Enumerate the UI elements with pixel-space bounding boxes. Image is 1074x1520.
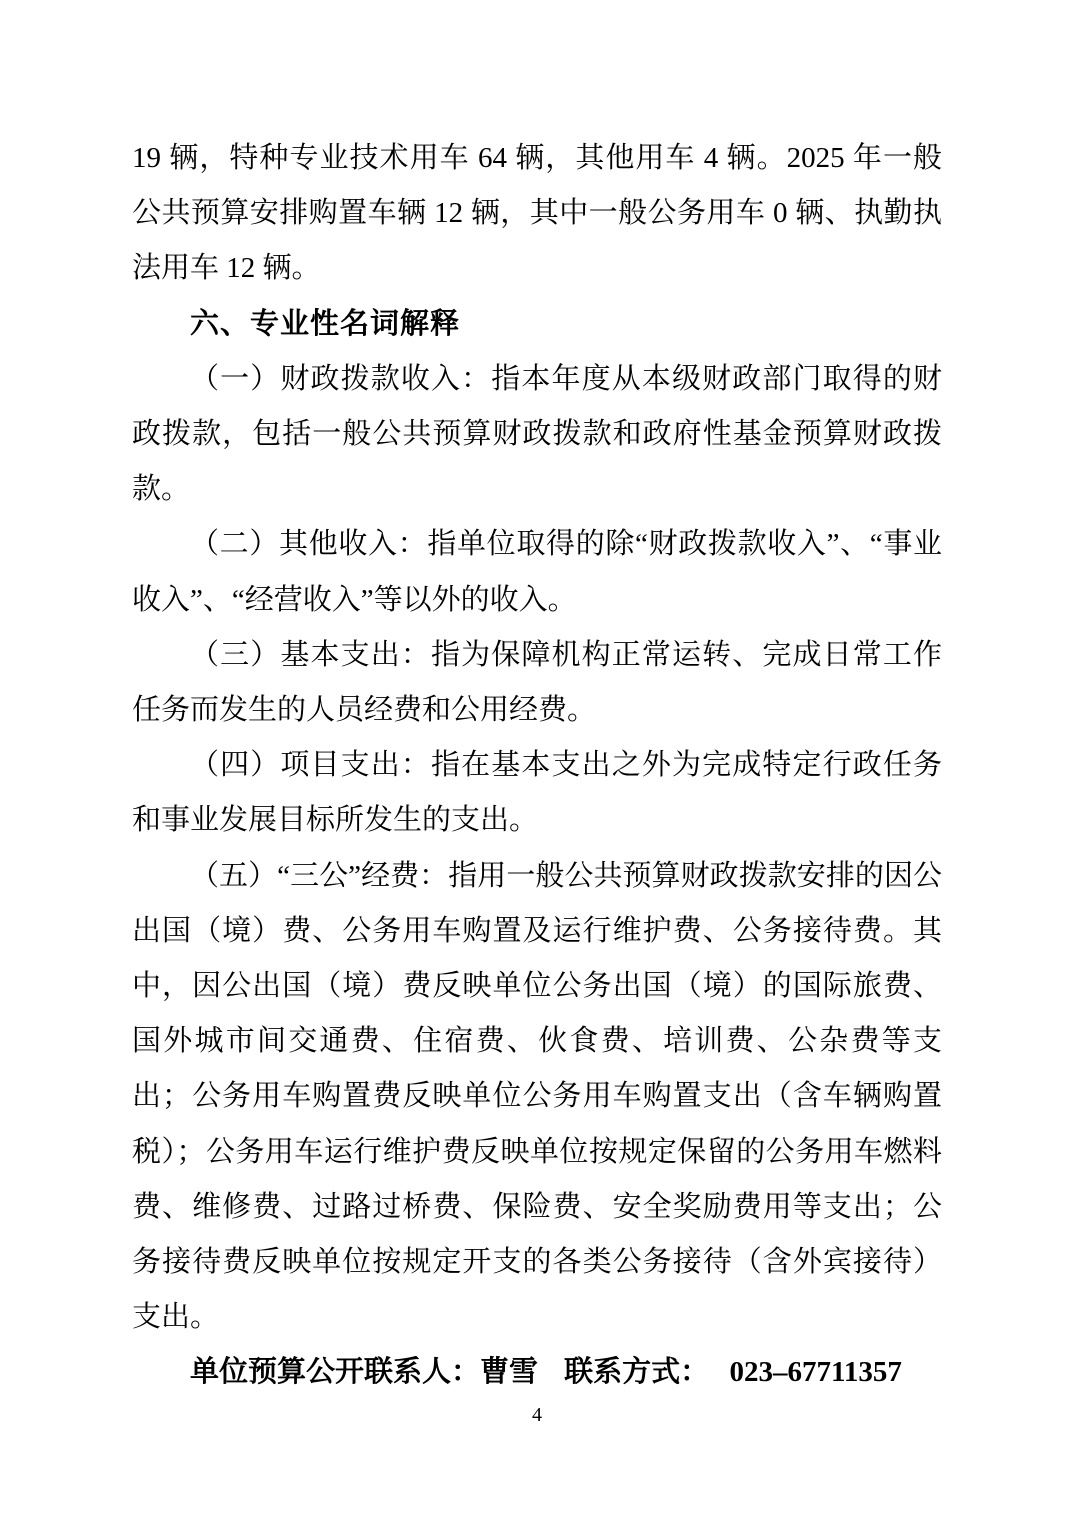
contact-label: 单位预算公开联系人： (190, 1356, 480, 1388)
document-body: 19 辆，特种专业技术用车 64 辆，其他用车 4 辆。2025 年一般公共预算… (132, 131, 942, 1401)
definition-paragraph-2: （二）其他收入：指单位取得的除“财政拨款收入”、“事业收入”、“经营收入”等以外… (132, 517, 942, 627)
document-page: 19 辆，特种专业技术用车 64 辆，其他用车 4 辆。2025 年一般公共预算… (0, 0, 1074, 1520)
contact-line: 单位预算公开联系人：曹雪联系方式：023–67711357 (132, 1345, 942, 1400)
contact-phone-number: 023–67711357 (729, 1356, 901, 1388)
definition-paragraph-5: （五）“三公”经费：指用一般公共预算财政拨款安排的因公出国（境）费、公务用车购置… (132, 849, 942, 1346)
section-heading: 六、专业性名词解释 (132, 297, 942, 352)
definition-paragraph-4: （四）项目支出：指在基本支出之外为完成特定行政任务和事业发展目标所发生的支出。 (132, 738, 942, 848)
intro-paragraph: 19 辆，特种专业技术用车 64 辆，其他用车 4 辆。2025 年一般公共预算… (132, 131, 942, 297)
page-number: 4 (0, 1402, 1074, 1428)
definition-paragraph-3: （三）基本支出：指为保障机构正常运转、完成日常工作任务而发生的人员经费和公用经费… (132, 628, 942, 738)
contact-method-label: 联系方式： (564, 1356, 709, 1388)
contact-person-name: 曹雪 (480, 1356, 538, 1388)
definition-paragraph-1: （一）财政拨款收入：指本年度从本级财政部门取得的财政拨款，包括一般公共预算财政拨… (132, 352, 942, 518)
